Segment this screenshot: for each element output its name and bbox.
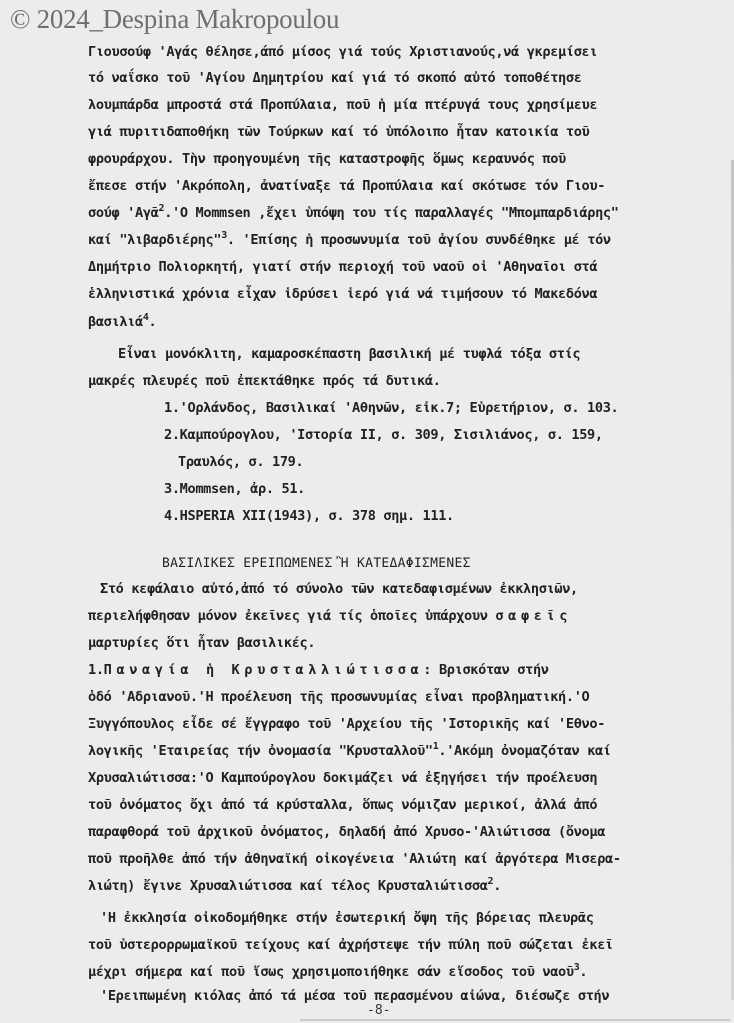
text-line: φρουράρχου. Τὴν προηγουμένη τῆς καταστρο… [88, 151, 566, 167]
text-span: βασιλιά [88, 314, 143, 330]
text-span: μέχρι σήμερα καί ποῦ ἴσως χρησιμοποιήθηκ… [88, 964, 574, 980]
text-span: σούφ 'Αγᾶ [88, 205, 159, 221]
footnote: Τραυλός, σ. 179. [178, 454, 303, 470]
text-span: : Βρισκόταν στήν [423, 662, 548, 678]
text-span: . 'Επίσης ἡ προσωνυμία τοῦ ἁγίου συνδέθη… [227, 232, 611, 248]
text-line: λιώτη) ἔγινε Χρυσαλιώτισσα καί τέλος Κρυ… [88, 878, 501, 894]
text-span: περιελήφθησαν μόνον ἐκεῖνες γιά τίς ὁποῖ… [88, 608, 488, 624]
footnote: 1.'Ορλάνδος, Βασιλικαί 'Αθηνῶν, εἰκ.7; Ε… [164, 400, 618, 416]
scan-bottom-edge [300, 1019, 730, 1021]
text-span: καί "λιβαρδιέρης" [88, 232, 221, 248]
text-line: παραφθορά τοῦ ἀρχικοῦ ὀνόματος, δηλαδή ἀ… [88, 824, 605, 840]
text-line: 1.Παναγία ἡ Κρυσταλλιώτισσα: Βρισκόταν σ… [88, 662, 549, 678]
text-line: Χρυσαλιώτισσα:'Ο Καμπούρογλου δοκιμάζει … [88, 770, 597, 786]
text-line: λουμπάρδα μπροστά στά Προπύλαια, ποῦ ἡ μ… [88, 97, 597, 113]
text-line: ἔπεσε στήν 'Ακρόπολη, ἀνατίναξε τά Προπύ… [88, 178, 605, 194]
text-line: 'Ερειπωμένη κιόλας ἀπό τά μέσα τοῦ περασ… [100, 988, 609, 1004]
text-line: Γιουσούφ 'Αγάς θέλησε,άπό μίσος γιά τούς… [88, 44, 597, 60]
text-span: .'Ο Mommsen ,ἔχει ὑπόψη του τίς παραλλαγ… [164, 205, 618, 221]
text-line: σούφ 'Αγᾶ2.'Ο Mommsen ,ἔχει ὑπόψη του τί… [88, 205, 619, 221]
text-line: 'Η ἐκκλησία οἰκοδομήθηκε στήν ἐσωτερική … [100, 910, 594, 926]
footnote: 2.Καμπούρογλου, 'Ιστορία ΙΙ, σ. 309, Σισ… [164, 427, 603, 443]
emphasized-word: σαφεῖς [495, 608, 572, 624]
text-line: ὁδό 'Αδριανοῦ.'Η προέλευση τῆς προσωνυμί… [88, 689, 589, 705]
footnote: 3.Mommsen, ἀρ. 51. [164, 481, 305, 497]
text-line: Ξυγγόπουλος εἶδε σέ ἔγγραφο τοῦ 'Αρχείου… [88, 716, 605, 732]
text-span: . [493, 878, 501, 894]
page-number: -8- [367, 1003, 390, 1018]
text-line: γιά πυριτιδαποθήκη τῶν Τούρκων καί τό ὑπ… [88, 124, 589, 140]
text-line: τοῦ ὑστερορρωμαϊκοῦ τείχους καί ἀχρήστεψ… [88, 937, 613, 953]
text-line: μαρτυρίες ὅτι ἦταν βασιλικές. [88, 635, 315, 651]
text-line: καί "λιβαρδιέρης"3. 'Επίσης ἡ προσωνυμία… [88, 232, 611, 248]
item-number: 1. [88, 662, 104, 678]
text-line: λογικῆς 'Εταιρείας τήν ὀνομασία "Κρυσταλ… [88, 743, 611, 759]
text-line: ποῦ προῆλθε ἀπό τήν ἀθηναϊκή οἰκογένεια … [88, 851, 621, 867]
text-line: Εἶναι μονόκλιτη, καμαροσκέπαστη βασιλική… [118, 346, 580, 362]
text-line: Στό κεφάλαιο αὐτό,ἀπό τό σύνολο τῶν κατε… [100, 581, 578, 597]
text-span: λιώτη) ἔγινε Χρυσαλιώτισσα καί τέλος Κρυ… [88, 878, 488, 894]
text-line: περιελήφθησαν μόνον ἐκεῖνες γιά τίς ὁποῖ… [88, 608, 572, 624]
copyright-watermark: © 2024_Despina Makropoulou [10, 4, 339, 35]
text-line: τό ναΐσκο τοῦ 'Αγίου Δημητρίου καί γιά τ… [88, 70, 582, 86]
text-line: βασιλιά4. [88, 314, 156, 330]
text-span: .'Ακόμη ὀνομαζόταν καί [438, 743, 610, 759]
text-line: Δημήτριο Πολιορκητή, γιατί στήν περιοχή … [88, 259, 597, 275]
text-span: . [579, 964, 587, 980]
text-span: λογικῆς 'Εταιρείας τήν ὀνομασία "Κρυσταλ… [88, 743, 433, 759]
text-line: τοῦ ὀνόματος ὄχι ἀπό τά κρύσταλλα, ὅπως … [88, 797, 597, 813]
item-title: Παναγία ἡ Κρυσταλλιώτισσα [104, 662, 424, 678]
section-heading: ΒΑΣΙΛΙΚΕΣ ΕΡΕΙΠΩΜΕΝΕΣ Ἢ ΚΑΤΕΔΑΦΙΣΜΕΝΕΣ [162, 556, 471, 571]
text-line: ἑλληνιστικά χρόνια εἶχαν ἱδρύσει ἱερό γι… [88, 286, 597, 302]
text-line: μέχρι σήμερα καί ποῦ ἴσως χρησιμοποιήθηκ… [88, 964, 587, 980]
text-span: . [149, 314, 157, 330]
footnote: 4.HSPERIA XII(1943), σ. 378 σημ. 111. [164, 508, 454, 524]
text-line: μακρές πλευρές ποῦ ἐπεκτάθηκε πρός τά δυ… [88, 373, 441, 389]
